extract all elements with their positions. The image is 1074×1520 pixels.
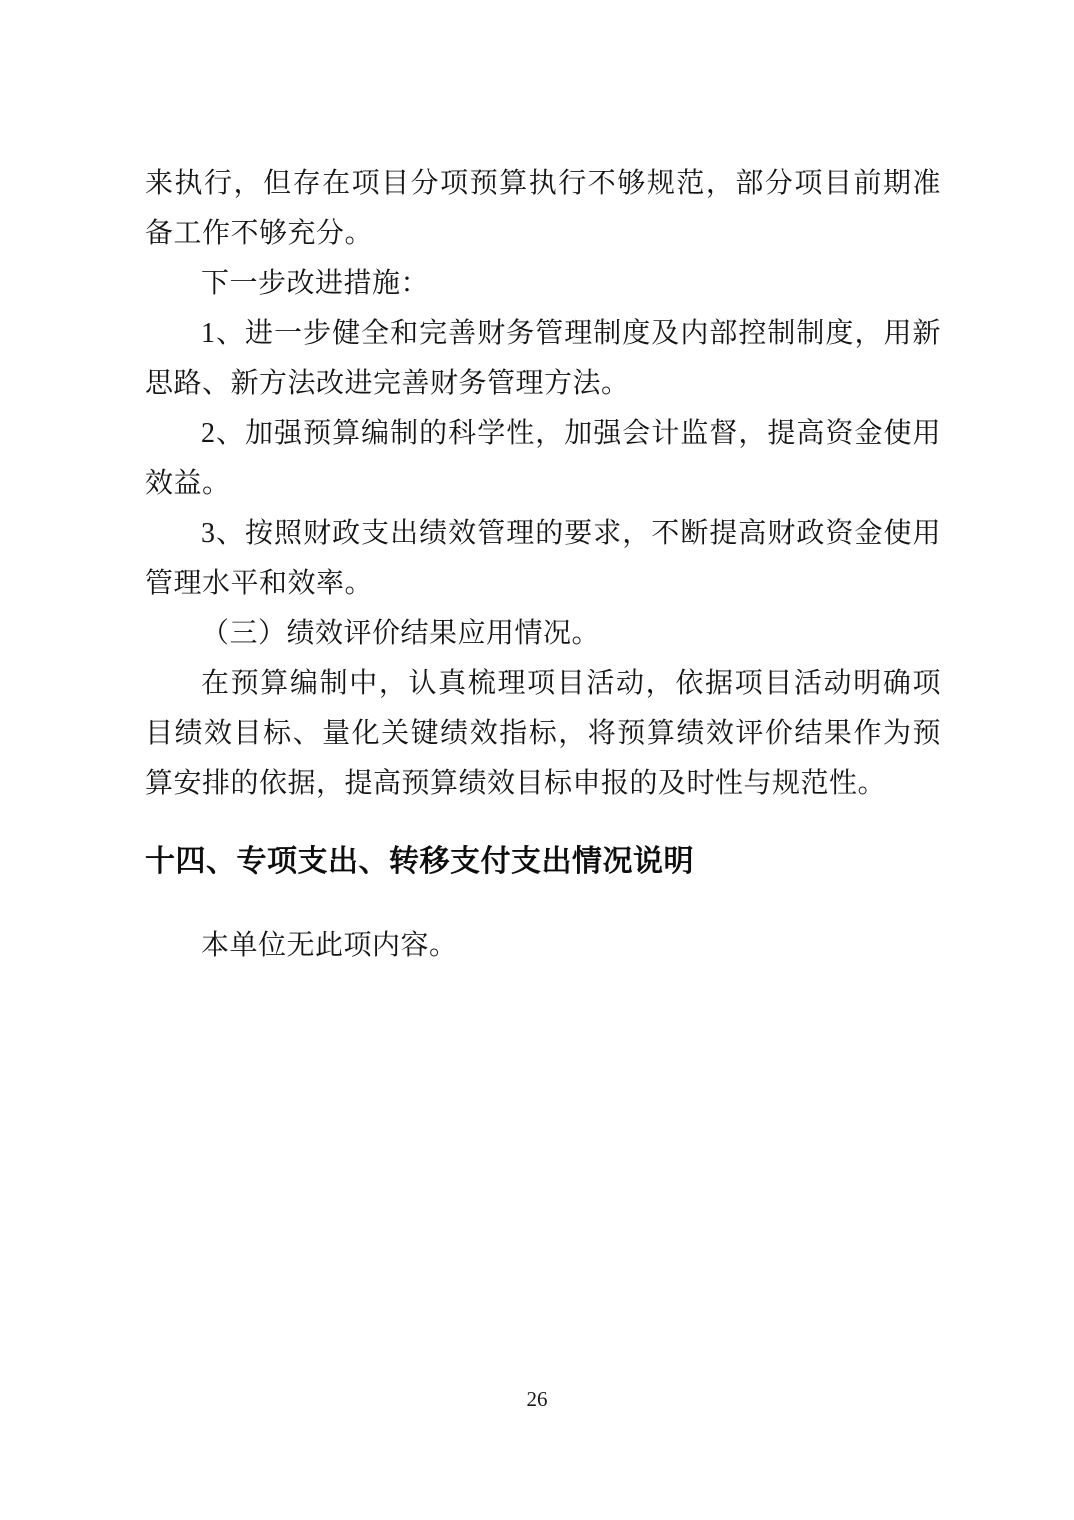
paragraph-improvement-measures-intro: 下一步改进措施： bbox=[145, 259, 941, 309]
page-number: 26 bbox=[0, 1386, 1074, 1412]
paragraph-continuation: 来执行，但存在项目分项预算执行不够规范，部分项目前期准备工作不够充分。 bbox=[145, 159, 941, 259]
paragraph-measure-2: 2、加强预算编制的科学性，加强会计监督，提高资金使用效益。 bbox=[145, 409, 941, 509]
document-page: 来执行，但存在项目分项预算执行不够规范，部分项目前期准备工作不够充分。 下一步改… bbox=[0, 0, 1074, 1520]
section-heading-fourteen: 十四、专项支出、转移支付支出情况说明 bbox=[145, 837, 941, 887]
paragraph-measure-3: 3、按照财政支出绩效管理的要求，不断提高财政资金使用管理水平和效率。 bbox=[145, 509, 941, 609]
paragraph-evaluation-result-application: 在预算编制中，认真梳理项目活动，依据项目活动明确项目绩效目标、量化关键绩效指标，… bbox=[145, 659, 941, 809]
paragraph-subsection-three-title: （三）绩效评价结果应用情况。 bbox=[145, 609, 941, 659]
document-body: 来执行，但存在项目分项预算执行不够规范，部分项目前期准备工作不够充分。 下一步改… bbox=[145, 159, 941, 971]
paragraph-measure-1: 1、进一步健全和完善财务管理制度及内部控制制度，用新思路、新方法改进完善财务管理… bbox=[145, 309, 941, 409]
paragraph-no-content: 本单位无此项内容。 bbox=[145, 921, 941, 971]
